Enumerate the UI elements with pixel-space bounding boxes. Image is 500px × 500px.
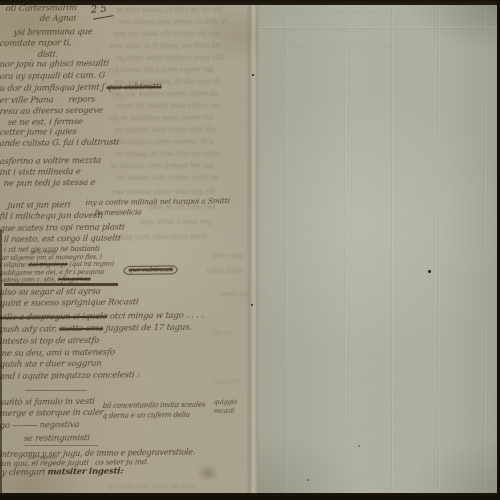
manuscript-page-blank [258, 5, 497, 493]
page-fold-crease [246, 5, 260, 493]
scan-edge-top [0, 0, 500, 5]
manuscript-scan: sta im ne colli ta ganne olim fefe gam i… [0, 0, 500, 500]
scan-edge-left [0, 230, 2, 500]
manuscript-page-written [0, 5, 258, 493]
scan-edge-bottom [0, 493, 500, 500]
